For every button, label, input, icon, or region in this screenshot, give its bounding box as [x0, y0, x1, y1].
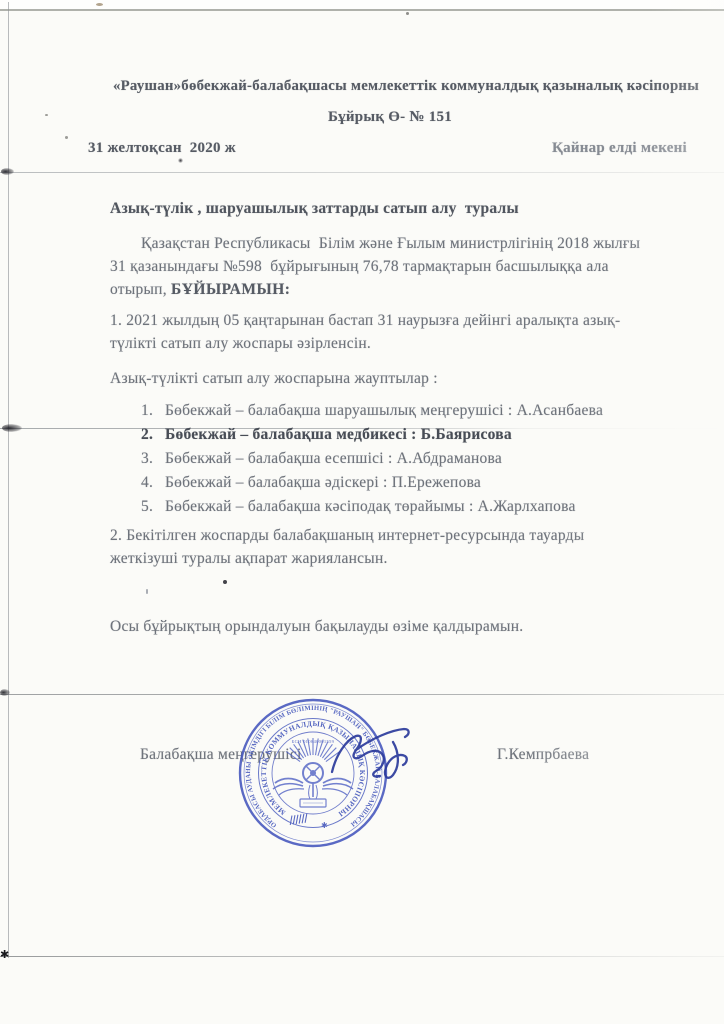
- list-item-number: 4.: [141, 474, 165, 492]
- responsible-heading: Азық-түлікті сатып алу жоспарына жауптыл…: [110, 370, 438, 388]
- list-item-number: 3.: [141, 450, 165, 468]
- scan-fold-line-4: [0, 956, 724, 957]
- control-line: Осы бұйрықтың орындалуын бақылауды өзіме…: [110, 618, 523, 636]
- list-item-text: Бөбекжай – балабақша медбикесі : Б.Баяри…: [165, 426, 512, 443]
- scan-speck: [178, 158, 183, 163]
- scan-speck: [223, 580, 227, 584]
- intro-line-1: Қазақстан Республикасы Білім және Ғылым …: [141, 235, 640, 253]
- list-item-number: 5.: [141, 498, 165, 516]
- scan-fold-line-3: [0, 694, 724, 695]
- staple-mark: ✱: [0, 950, 9, 961]
- scan-top-strip: [0, 0, 724, 9]
- point1-line-2: түлікті сатып алу жоспары әзірленсін.: [110, 335, 371, 353]
- list-item: 1.Бөбекжай – балабақша шаруашылық меңгер…: [141, 402, 603, 420]
- list-item: 5.Бөбекжай – балабақша кәсіподақ төрайым…: [141, 498, 576, 516]
- point2-line-1: 2. Бекітілген жоспарды балабақшаның инте…: [110, 527, 584, 545]
- point2-line-2: жеткізуші туралы ақпарат жариялансын.: [110, 550, 388, 568]
- list-item: 2.Бөбекжай – балабақша медбикесі : Б.Бая…: [141, 426, 512, 444]
- scan-fold-line-top: [0, 9, 724, 11]
- signer-name: Г.Кемпрбаева: [497, 746, 589, 764]
- staple-mark: [1, 168, 14, 175]
- scanned-document-page: ✱ «Раушан»бөбекжай-балабақшасы мемлекетт…: [0, 0, 724, 1024]
- scan-edge-line: [8, 2, 9, 958]
- handwritten-signature: [298, 700, 428, 800]
- decree-word: БҰЙЫРАМЫН:: [171, 281, 290, 298]
- scan-speck: [146, 589, 148, 594]
- point1-line-1: 1. 2021 жылдың 05 қаңтарынан бастап 31 н…: [110, 312, 620, 330]
- staple-mark: [2, 424, 22, 432]
- list-item: 3.Бөбекжай – балабақша есепшісі : А.Абдр…: [141, 450, 502, 468]
- intro-line-2: 31 қазанындағы №598 бұйрығының 76,78 тар…: [110, 258, 609, 276]
- scan-speck: [406, 12, 409, 15]
- list-item: 4.Бөбекжай – балабақша әдіскері : П.Ереж…: [141, 474, 481, 492]
- order-number: Бұйрық Ө- № 151: [328, 109, 452, 126]
- list-item-text: Бөбекжай – балабақша шаруашылық меңгеруш…: [165, 402, 603, 419]
- intro-line-3: отырып, БҰЙЫРАМЫН:: [110, 281, 290, 299]
- order-date: 31 желтоқсан 2020 ж: [88, 140, 236, 157]
- scan-speck: [96, 3, 103, 6]
- list-item-text: Бөбекжай – балабақша кәсіподақ төрайымы …: [165, 498, 576, 515]
- subject-line: Азық-түлік , шаруашылық заттарды сатып а…: [110, 200, 519, 218]
- stamp-asterisk: ✱: [321, 821, 328, 830]
- scan-fold-line-1: [0, 172, 724, 173]
- signature-graphic: [298, 700, 428, 800]
- staple-mark: [0, 689, 10, 696]
- intro-line-3-prefix: отырып,: [110, 281, 171, 298]
- list-item-number: 1.: [141, 402, 165, 420]
- order-number-band: Бұйрық Ө- № 151: [90, 108, 690, 126]
- scan-speck: [45, 114, 48, 116]
- order-place: Қайнар елді мекені: [552, 140, 687, 157]
- list-item-text: Бөбекжай – балабақша әдіскері : П.Ережеп…: [165, 474, 481, 491]
- scan-speck: [65, 136, 68, 139]
- org-title: «Раушан»бөбекжай-балабақшасы мемлекеттік…: [113, 78, 699, 95]
- list-item-text: Бөбекжай – балабақша есепшісі : А.Абдрам…: [165, 450, 502, 467]
- list-item-number: 2.: [141, 426, 165, 444]
